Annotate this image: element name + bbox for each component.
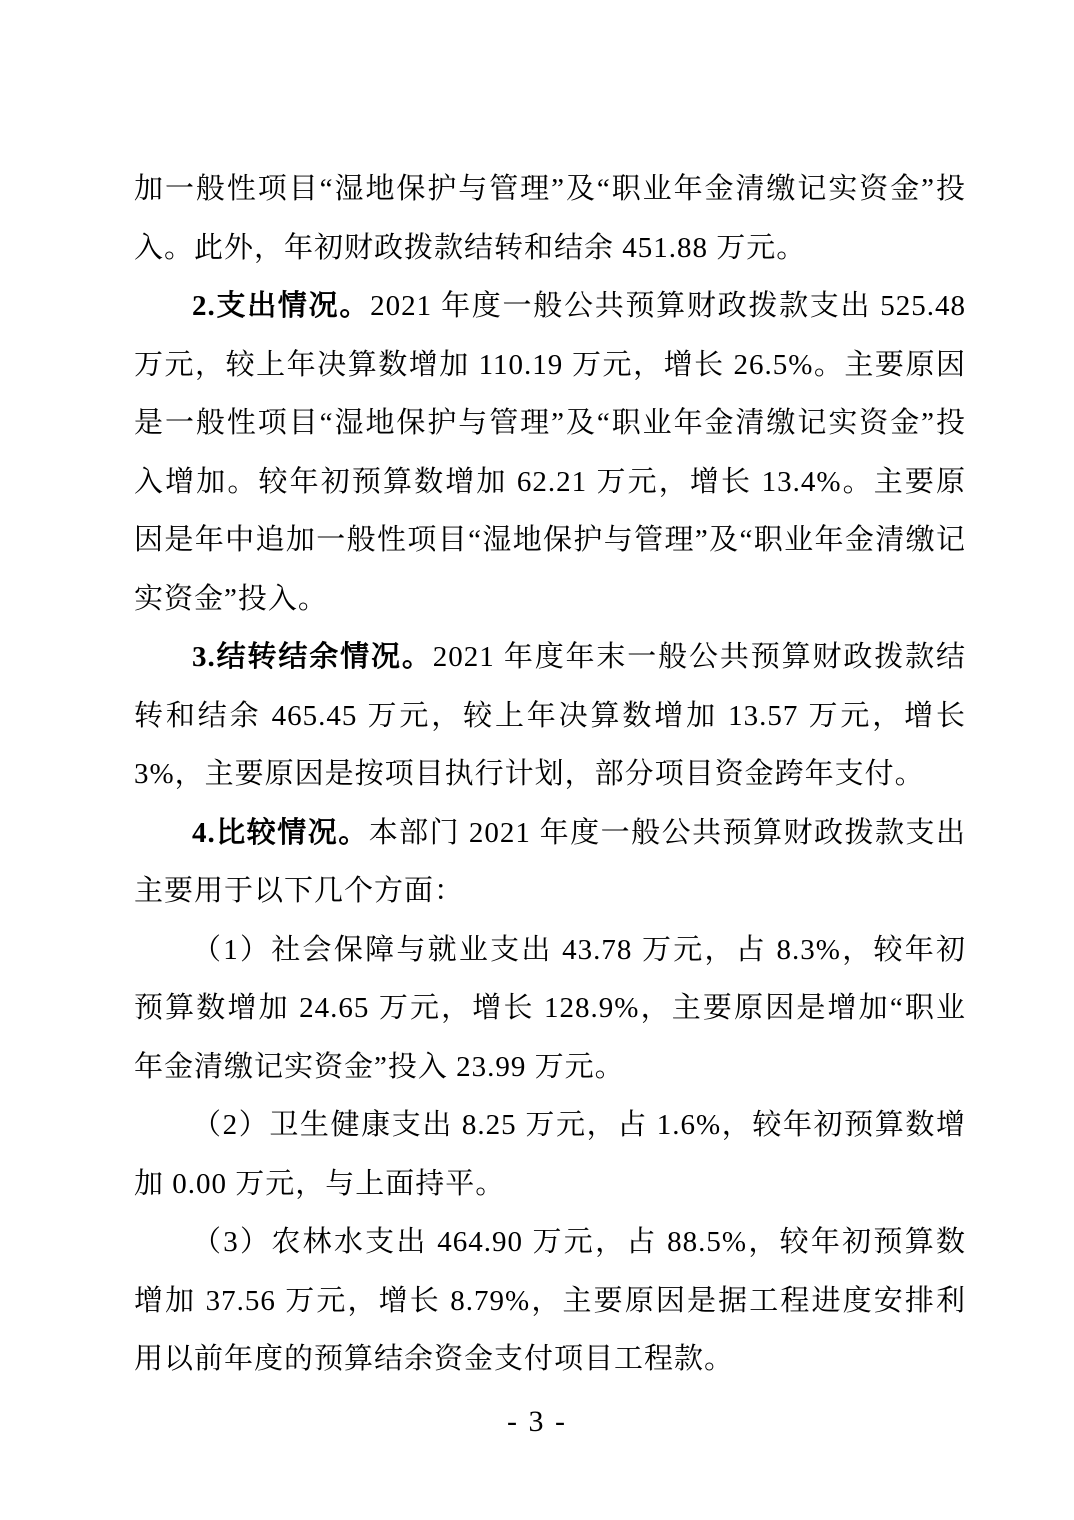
paragraph-item-2-health: （2）卫生健康支出 8.25 万元，占 1.6%，较年初预算数增加 0.00 万… [134, 1096, 966, 1213]
paragraph-expenditure-text: 2021 年度一般公共预算财政拨款支出 525.48 万元，较上年决算数增加 1… [134, 290, 966, 615]
paragraph-expenditure-situation: 2.支出情况。2021 年度一般公共预算财政拨款支出 525.48 万元，较上年… [134, 277, 966, 628]
heading-comparison: 4.比较情况。 [192, 817, 369, 849]
document-page: 加一般性项目“湿地保护与管理”及“职业年金清缴记实资金”投入。此外，年初财政拨款… [0, 0, 1074, 1520]
paragraph-item-1-social-security: （1）社会保障与就业支出 43.78 万元，占 8.3%，较年初预算数增加 24… [134, 921, 966, 1097]
paragraph-carryover-continuation: 加一般性项目“湿地保护与管理”及“职业年金清缴记实资金”投入。此外，年初财政拨款… [134, 160, 966, 277]
paragraph-carryover-balance: 3.结转结余情况。2021 年度年末一般公共预算财政拨款结转和结余 465.45… [134, 628, 966, 804]
document-body: 加一般性项目“湿地保护与管理”及“职业年金清缴记实资金”投入。此外，年初财政拨款… [134, 160, 966, 1389]
page-number: - 3 - [507, 1405, 567, 1438]
page-footer: - 3 - [0, 1400, 1074, 1444]
heading-carryover-balance: 3.结转结余情况。 [192, 641, 433, 673]
paragraph-comparison: 4.比较情况。本部门 2021 年度一般公共预算财政拨款支出主要用于以下几个方面… [134, 804, 966, 921]
heading-expenditure-situation: 2.支出情况。 [192, 290, 370, 322]
paragraph-item-3-agriculture: （3）农林水支出 464.90 万元，占 88.5%，较年初预算数增加 37.5… [134, 1213, 966, 1389]
